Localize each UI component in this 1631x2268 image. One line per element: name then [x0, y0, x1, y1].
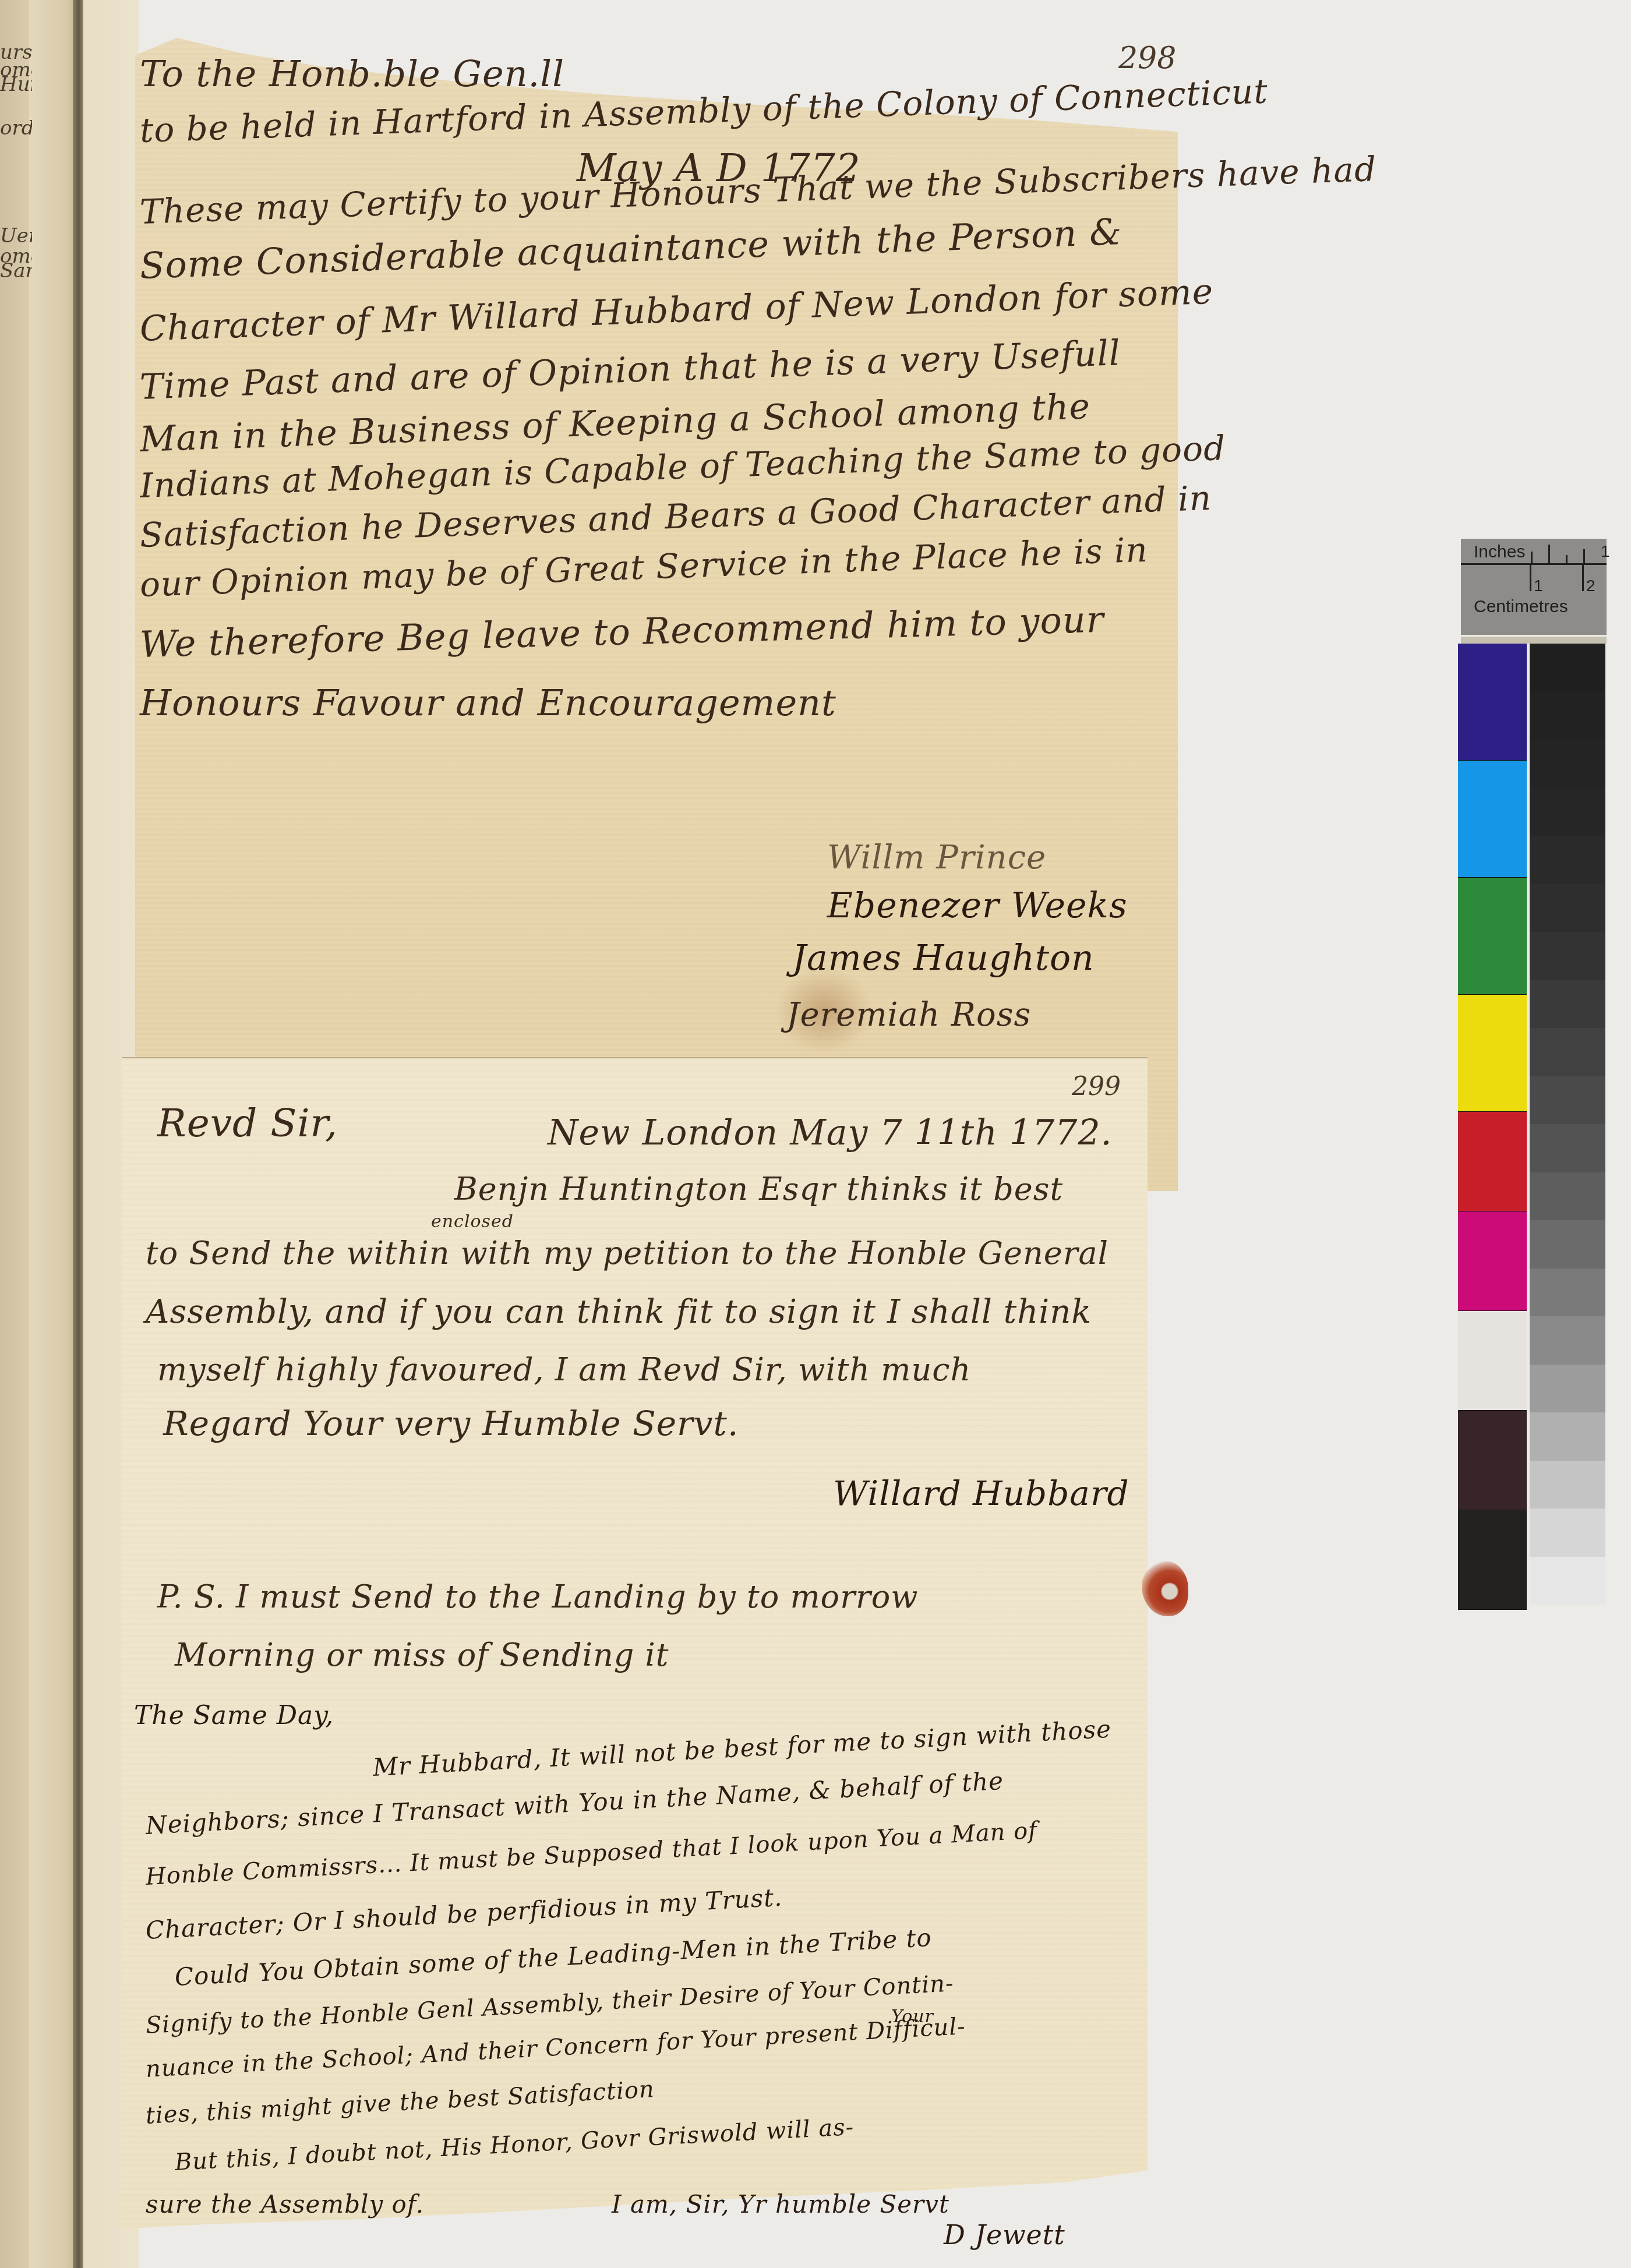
ruler-tick — [1582, 565, 1584, 591]
gray-step — [1530, 1076, 1605, 1125]
letter-line: myself highly favoured, I am Revd Sir, w… — [157, 1351, 971, 1388]
color-patch-red — [1458, 1112, 1527, 1211]
binding-gutter — [73, 0, 84, 2268]
inch-mark: 1 — [1601, 542, 1610, 561]
postscript-line: P. S. I must Send to the Landing by to m… — [157, 1578, 919, 1615]
signature: Willard Hubbard — [833, 1474, 1129, 1513]
salutation: Revd Sir, — [157, 1101, 338, 1146]
target-divider — [1461, 637, 1607, 644]
gray-step — [1530, 644, 1605, 692]
gray-step — [1530, 1412, 1605, 1461]
letter-line: to Send the within with my petition to t… — [146, 1235, 1108, 1271]
color-patch-blue — [1458, 644, 1527, 761]
gray-step — [1530, 1365, 1605, 1413]
ruler-tick — [1531, 552, 1533, 563]
ruler-tick — [1583, 549, 1585, 563]
letter-line: Assembly, and if you can think fit to si… — [146, 1293, 1092, 1331]
cm-mark: 1 — [1534, 577, 1543, 595]
letter-line: Regard Your very Humble Servt. — [163, 1404, 739, 1443]
gray-step — [1530, 1509, 1605, 1557]
reply-heading: The Same Day, — [134, 1701, 334, 1730]
color-patch-cyan — [1458, 761, 1527, 878]
left-fragment-text: Sant — [0, 259, 32, 282]
grayscale-column — [1530, 644, 1605, 1605]
color-patch-black — [1458, 1510, 1527, 1610]
signature: Willm Prince — [827, 839, 1046, 877]
left-volume-page — [29, 0, 76, 2268]
dateline: New London May 7 11th 1772. — [548, 1112, 1113, 1153]
petition-line: To the Honb.ble Gen.ll — [140, 52, 564, 95]
color-patch-column — [1458, 644, 1527, 1610]
letter-line: Benjn Huntington Esqr thinks it best — [454, 1171, 1063, 1207]
folio-number: 299 — [1072, 1072, 1121, 1101]
signature: James Haughton — [792, 938, 1095, 978]
scale-ruler: Inches 1 1 2 Centimetres — [1461, 539, 1607, 635]
ruler-tick — [1566, 555, 1568, 563]
ruler-tick — [1548, 545, 1550, 563]
gray-step — [1530, 1557, 1605, 1605]
left-fragment-text: Uer — [0, 224, 32, 248]
closing: I am, Sir, Yr humble Servt — [612, 2190, 949, 2218]
signature: Ebenezer Weeks — [827, 885, 1128, 926]
cm-mark: 2 — [1586, 577, 1595, 595]
gray-step — [1530, 1124, 1605, 1172]
reply-line: sure the Assembly of. — [146, 2190, 424, 2218]
color-patch-white — [1458, 1311, 1527, 1411]
inserted-word: enclosed — [431, 1211, 514, 1232]
gray-step — [1530, 884, 1605, 932]
gray-step — [1530, 836, 1605, 884]
color-patch-yellow — [1458, 995, 1527, 1112]
gray-step — [1530, 1269, 1605, 1317]
color-patch-green — [1458, 878, 1527, 995]
color-calibration-target: Inches 1 1 2 Centimetres — [1458, 539, 1615, 1733]
gray-step — [1530, 740, 1605, 788]
folio-number: 298 — [1118, 41, 1176, 76]
ruler-axis — [1461, 563, 1607, 565]
signature: Jeremiah Ross — [786, 996, 1031, 1034]
left-fragment-text: ord — [0, 116, 32, 140]
centimetres-label: Centimetres — [1474, 597, 1568, 617]
gray-step — [1530, 1461, 1605, 1509]
gray-step — [1530, 1172, 1605, 1221]
petition-line: Honours Favour and Encouragement — [140, 681, 836, 724]
signature: D Jewett — [944, 2219, 1065, 2251]
ruler-tick — [1530, 565, 1531, 591]
gray-step — [1530, 1028, 1605, 1076]
gray-step — [1530, 1220, 1605, 1269]
gray-step — [1530, 932, 1605, 980]
color-patch-magenta — [1458, 1211, 1527, 1311]
left-fragment-text: Hui — [0, 73, 32, 96]
postscript-line: Morning or miss of Sending it — [175, 1637, 669, 1673]
color-patch-brown — [1458, 1411, 1527, 1510]
gray-step — [1530, 788, 1605, 836]
inches-label: Inches — [1474, 542, 1525, 562]
gray-step — [1530, 980, 1605, 1029]
gray-step — [1530, 1316, 1605, 1365]
gray-step — [1530, 692, 1605, 740]
